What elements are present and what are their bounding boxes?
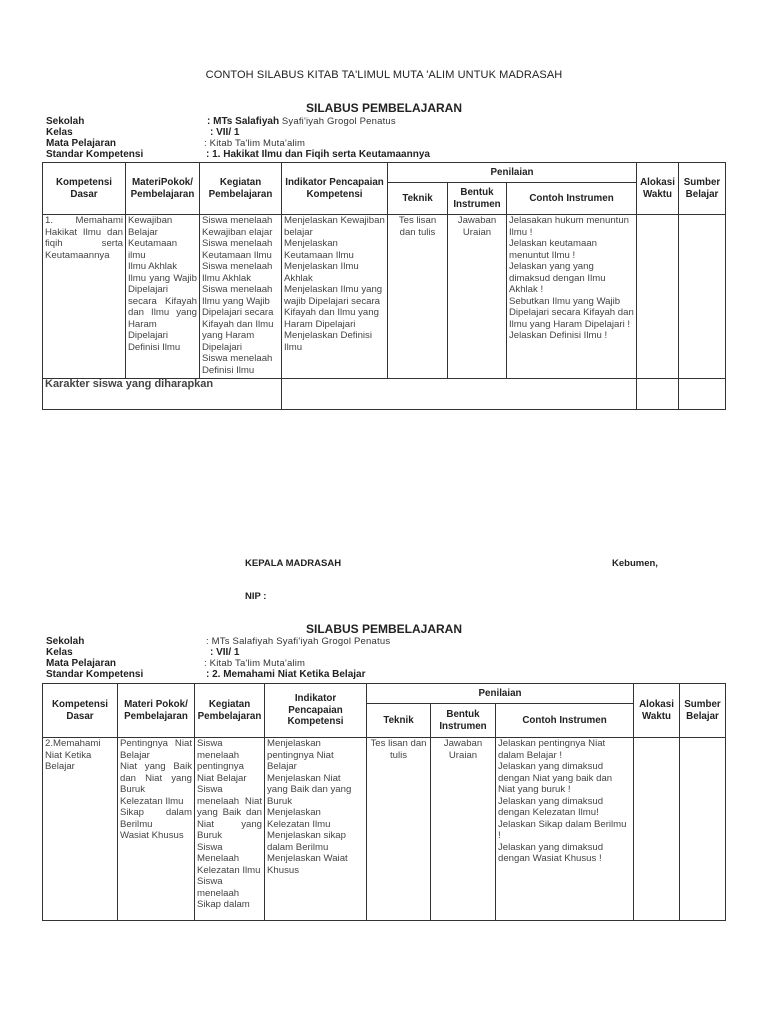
cell-item: Menjelaskan Definisi Ilmu bbox=[284, 330, 385, 353]
cell-kegiatan: Siswa menelaah Kewajiban elajarSiswa men… bbox=[200, 215, 282, 379]
header-materi-pokok: MateriPokok/ Pembelajaran bbox=[126, 163, 200, 215]
mapel-label: Mata Pelajaran bbox=[46, 138, 116, 149]
karakter-sumber bbox=[679, 379, 726, 410]
meta-mata-pelajaran: Mata Pelajaran : Kitab Ta'lim Muta'alim bbox=[46, 658, 746, 669]
mapel-value: : Kitab Ta'lim Muta'alim bbox=[204, 658, 305, 669]
kelas-value: : VII/ 1 bbox=[210, 127, 239, 138]
kepala-madrasah-label: KEPALA MADRASAH bbox=[245, 558, 341, 569]
cell-item: Keutamaan ilmu bbox=[128, 238, 197, 261]
header-kegiatan: Kegiatan Pembelajaran bbox=[195, 684, 265, 738]
meta-kelas: Kelas : VII/ 1 bbox=[46, 127, 746, 138]
cell-teknik: Tes lisan dan tulis bbox=[388, 215, 448, 379]
syllabus-1-heading: SILABUS PEMBELAJARAN bbox=[0, 101, 768, 115]
cell-item: Siswa menelaah Definisi Ilmu bbox=[202, 353, 279, 376]
syllabus-1-meta: Sekolah : MTs Salafiyah Syafi'iyah Grogo… bbox=[46, 116, 746, 160]
cell-item: Siswa menelaah pentingnya Niat Belajar bbox=[197, 738, 262, 784]
cell-item: Jelaskan Sikap dalam Berilmu ! bbox=[498, 819, 631, 842]
cell-teknik: Tes lisan dan tulis bbox=[367, 738, 431, 921]
header-bentuk: Bentuk Instrumen bbox=[448, 183, 507, 215]
syllabus-2-heading: SILABUS PEMBELAJARAN bbox=[0, 622, 768, 636]
header-kompetensi-dasar: Kompetensi Dasar bbox=[43, 684, 118, 738]
cell-indikator: Menjelaskan pentingnya Niat BelajarMenje… bbox=[265, 738, 367, 921]
header-kegiatan: Kegiatan Pembelajaran bbox=[200, 163, 282, 215]
mapel-value: : Kitab Ta'lim Muta'alim bbox=[204, 138, 305, 149]
karakter-alokasi bbox=[637, 379, 679, 410]
cell-item: Ilmu yang Wajib Dipelajari secara Kifaya… bbox=[128, 273, 197, 342]
cell-item: Wasiat Khusus bbox=[120, 830, 192, 842]
sk-value: : 2. Memahami Niat Ketika Belajar bbox=[206, 669, 366, 680]
header-indikator: Indikator Pencapaian Kompetensi bbox=[282, 163, 388, 215]
meta-mata-pelajaran: Mata Pelajaran : Kitab Ta'lim Muta'alim bbox=[46, 138, 746, 149]
sk-value: : 1. Hakikat Ilmu dan Fiqih serta Keutam… bbox=[206, 149, 430, 160]
cell-item: Kelezatan Ilmu bbox=[120, 796, 192, 808]
cell-indikator: Menjelaskan Kewajiban belajarMenjelaskan… bbox=[282, 215, 388, 379]
cell-materi: Kewajiban BelajarKeutamaan ilmuIlmu Akhl… bbox=[126, 215, 200, 379]
cell-bentuk: Jawaban Uraian bbox=[448, 215, 507, 379]
cell-item: Menjelaskan Ilmu yang wajib Dipelajari s… bbox=[284, 284, 385, 330]
header-indikator: Indikator Pencapaian Kompetensi bbox=[265, 684, 367, 738]
karakter-label: Karakter siswa yang diharapkan bbox=[43, 379, 282, 410]
cell-sumber bbox=[679, 215, 726, 379]
header-bentuk: Bentuk Instrumen bbox=[431, 704, 496, 738]
syllabus-2-table: Kompetensi Dasar Materi Pokok/ Pembelaja… bbox=[42, 683, 726, 921]
cell-alokasi bbox=[637, 215, 679, 379]
cell-kegiatan: Siswa menelaah pentingnya Niat BelajarSi… bbox=[195, 738, 265, 921]
syllabus-1-table: Kompetensi Dasar MateriPokok/ Pembelajar… bbox=[42, 162, 726, 410]
header-alokasi: Alokasi Waktu bbox=[634, 684, 680, 738]
sekolah-label: Sekolah bbox=[46, 116, 84, 127]
document-title: CONTOH SILABUS KITAB TA'LIMUL MUTA 'ALIM… bbox=[0, 69, 768, 81]
place-label: Kebumen, bbox=[612, 558, 658, 569]
cell-item: Kewajiban Belajar bbox=[128, 215, 197, 238]
kelas-label: Kelas bbox=[46, 127, 73, 138]
cell-item: Jelaskan pentingnya Niat dalam Belajar ! bbox=[498, 738, 631, 761]
karakter-value bbox=[282, 379, 637, 410]
cell-item: Siswa menelaah Keutamaan Ilmu bbox=[202, 238, 279, 261]
header-sumber: Sumber Belajar bbox=[679, 163, 726, 215]
table-row: 2.Memahami Niat Ketika Belajar Pentingny… bbox=[43, 738, 726, 921]
sekolah-label: Sekolah bbox=[46, 636, 84, 647]
header-penilaian: Penilaian bbox=[367, 684, 634, 704]
cell-item: Menjelaskan Ilmu Akhlak bbox=[284, 261, 385, 284]
cell-item: Jelaskan yang dimaksud dengan Niat yang … bbox=[498, 761, 631, 796]
cell-item: Jelaskan Definisi Ilmu ! bbox=[509, 330, 634, 342]
cell-item: Menjelaskan Keutamaan Ilmu bbox=[284, 238, 385, 261]
sk-label: Standar Kompetensi bbox=[46, 669, 143, 680]
sekolah-value: : MTs Salafiyah Syafi'iyah Grogol Penatu… bbox=[207, 116, 396, 127]
cell-item: Jelaskan yang yang dimaksud dengan Ilmu … bbox=[509, 261, 634, 296]
cell-item: Menjelaskan pentingnya Niat Belajar bbox=[267, 738, 364, 773]
mapel-label: Mata Pelajaran bbox=[46, 658, 116, 669]
sk-label: Standar Kompetensi bbox=[46, 149, 143, 160]
cell-item: Sikap dalam Berilmu bbox=[120, 807, 192, 830]
cell-kompetensi-dasar: 1. Memahami Hakikat Ilmu dan fiqih serta… bbox=[43, 215, 126, 379]
cell-contoh: Jelasakan hukum menuntun Ilmu !Jelaskan … bbox=[507, 215, 637, 379]
cell-sumber bbox=[680, 738, 726, 921]
cell-item: Jelaskan yang dimaksud dengan Wasiat Khu… bbox=[498, 842, 631, 865]
table-row: 1. Memahami Hakikat Ilmu dan fiqih serta… bbox=[43, 215, 726, 379]
header-kompetensi-dasar: Kompetensi Dasar bbox=[43, 163, 126, 215]
cell-item: Sebutkan Ilmu yang Wajib Dipelajari seca… bbox=[509, 296, 634, 331]
nip-label: NIP : bbox=[245, 591, 266, 602]
cell-item: Siswa menelaah Ilmu yang Wajib Dipelajar… bbox=[202, 284, 279, 353]
cell-item: Jelasakan hukum menuntun Ilmu ! bbox=[509, 215, 634, 238]
sekolah-value-rest: Syafi'iyah Grogol Penatus bbox=[282, 116, 396, 127]
cell-materi: Pentingnya Niat BelajarNiat yang Baik da… bbox=[118, 738, 195, 921]
header-contoh: Contoh Instrumen bbox=[507, 183, 637, 215]
cell-alokasi bbox=[634, 738, 680, 921]
cell-item: Menjelaskan Kewajiban belajar bbox=[284, 215, 385, 238]
header-alokasi: Alokasi Waktu bbox=[637, 163, 679, 215]
cell-item: Jelaskan keutamaan menuntut Ilmu ! bbox=[509, 238, 634, 261]
sekolah-value: : MTs Salafiyah Syafi'iyah Grogol Penatu… bbox=[206, 636, 390, 647]
cell-item: Niat yang Baik dan Niat yang Buruk bbox=[120, 761, 192, 796]
kelas-value: : VII/ 1 bbox=[210, 647, 239, 658]
cell-item: Menjelaskan sikap dalam Berilmu bbox=[267, 830, 364, 853]
cell-item: Menjelaskan Waiat Khusus bbox=[267, 853, 364, 876]
cell-item: Ilmu Akhlak bbox=[128, 261, 197, 273]
meta-sekolah: Sekolah : MTs Salafiyah Syafi'iyah Grogo… bbox=[46, 116, 746, 127]
meta-standar-kompetensi: Standar Kompetensi : 1. Hakikat Ilmu dan… bbox=[46, 149, 746, 160]
syllabus-2-meta: Sekolah : MTs Salafiyah Syafi'iyah Grogo… bbox=[46, 636, 746, 680]
cell-bentuk: Jawaban Uraian bbox=[431, 738, 496, 921]
sekolah-value-bold: : MTs Salafiyah bbox=[207, 116, 279, 127]
meta-standar-kompetensi: Standar Kompetensi : 2. Memahami Niat Ke… bbox=[46, 669, 746, 680]
karakter-row: Karakter siswa yang diharapkan bbox=[43, 379, 726, 410]
cell-item: Pentingnya Niat Belajar bbox=[120, 738, 192, 761]
cell-item: Siswa menelaah Kewajiban elajar bbox=[202, 215, 279, 238]
meta-sekolah: Sekolah : MTs Salafiyah Syafi'iyah Grogo… bbox=[46, 636, 746, 647]
cell-item: Menjelaskan Kelezatan Ilmu bbox=[267, 807, 364, 830]
header-materi-pokok: Materi Pokok/ Pembelajaran bbox=[118, 684, 195, 738]
header-contoh: Contoh Instrumen bbox=[496, 704, 634, 738]
header-sumber: Sumber Belajar bbox=[680, 684, 726, 738]
cell-item: Jelaskan yang dimaksud dengan Kelezatan … bbox=[498, 796, 631, 819]
cell-kompetensi-dasar: 2.Memahami Niat Ketika Belajar bbox=[43, 738, 118, 921]
cell-item: Definisi Ilmu bbox=[128, 342, 197, 354]
header-teknik: Teknik bbox=[367, 704, 431, 738]
cell-item: Siswa Menelaah Kelezatan Ilmu bbox=[197, 842, 262, 877]
cell-item: Siswa menelaah Sikap dalam bbox=[197, 876, 262, 911]
header-teknik: Teknik bbox=[388, 183, 448, 215]
kelas-label: Kelas bbox=[46, 647, 73, 658]
cell-item: Siswa menelaah Niat yang Baik dan Niat y… bbox=[197, 784, 262, 842]
cell-item: Menjelaskan Niat yang Baik dan yang Buru… bbox=[267, 773, 364, 808]
cell-contoh: Jelaskan pentingnya Niat dalam Belajar !… bbox=[496, 738, 634, 921]
meta-kelas: Kelas : VII/ 1 bbox=[46, 647, 746, 658]
header-penilaian: Penilaian bbox=[388, 163, 637, 183]
cell-item: Siswa menelaah Ilmu Akhlak bbox=[202, 261, 279, 284]
